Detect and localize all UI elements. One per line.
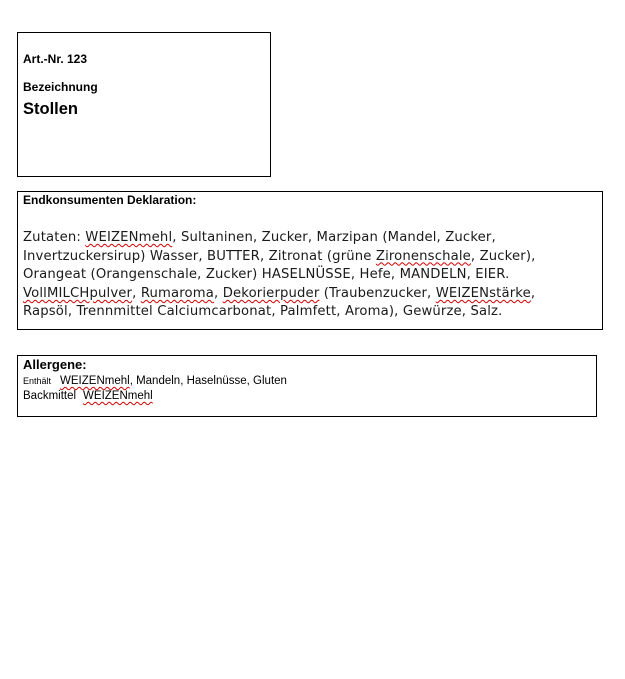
ingredients-segment: ,: [214, 286, 223, 301]
ingredients-segment: (Traubenzucker,: [319, 286, 435, 301]
ingredients-line: Zutaten: WEIZENmehl, Sultaninen, Zucker,…: [23, 229, 535, 248]
ingredients-segment: , Sultaninen, Zucker, Marzipan (Mandel, …: [172, 230, 496, 245]
ingredients-segment: Orangeat (Orangenschale, Zucker) HASELNÜ…: [23, 267, 509, 282]
ingredients-segment: , Zucker),: [471, 249, 536, 264]
allergens-box: Allergene: EnthältWEIZENmehl, Mandeln, H…: [17, 355, 597, 417]
spellcheck-flagged-word: WEIZENstärke: [436, 286, 531, 301]
declaration-title: Endkonsumenten Deklaration:: [23, 193, 196, 207]
contains-rest: , Mandeln, Haselnüsse, Gluten: [130, 375, 287, 387]
contains-label: Enthält: [23, 376, 51, 386]
product-name: Stollen: [23, 100, 78, 119]
allergens-contains-row: EnthältWEIZENmehl, Mandeln, Haselnüsse, …: [23, 375, 287, 387]
contains-flagged-word: WEIZENmehl: [60, 375, 130, 387]
ingredients-segment: Rapsöl, Trennmittel Calciumcarbonat, Pal…: [23, 304, 502, 319]
baking-agent-value: WEIZENmehl: [83, 390, 153, 402]
allergens-baking-agent-row: BackmittelWEIZENmehl: [23, 390, 153, 402]
allergens-title: Allergene:: [23, 357, 87, 372]
spellcheck-flagged-word: VollMILCHpulver: [23, 286, 132, 301]
ingredients-segment: Zutaten:: [23, 230, 85, 245]
ingredients-line: Orangeat (Orangenschale, Zucker) HASELNÜ…: [23, 266, 535, 285]
designation-label: Bezeichnung: [23, 80, 98, 94]
ingredients-line: Invertzuckersirup) Wasser, BUTTER, Zitro…: [23, 248, 535, 267]
spellcheck-flagged-word: WEIZENmehl: [85, 230, 172, 245]
ingredients-segment: ,: [531, 286, 535, 301]
ingredients-segment: Invertzuckersirup) Wasser, BUTTER, Zitro…: [23, 249, 376, 264]
ingredients-segment: ,: [132, 286, 141, 301]
ingredients-line: Rapsöl, Trennmittel Calciumcarbonat, Pal…: [23, 303, 535, 322]
ingredients-line: VollMILCHpulver, Rumaroma, Dekorierpuder…: [23, 285, 535, 304]
spellcheck-flagged-word: Rumaroma: [141, 286, 214, 301]
article-info-box: Art.-Nr. 123 Bezeichnung Stollen: [17, 32, 271, 177]
ingredients-text: Zutaten: WEIZENmehl, Sultaninen, Zucker,…: [23, 229, 535, 322]
consumer-declaration-box: Endkonsumenten Deklaration: Zutaten: WEI…: [17, 191, 603, 330]
baking-agent-label: Backmittel: [23, 390, 76, 402]
article-number: Art.-Nr. 123: [23, 52, 87, 66]
spellcheck-flagged-word: Dekorierpuder: [223, 286, 320, 301]
spellcheck-flagged-word: Zironenschale: [376, 249, 471, 264]
